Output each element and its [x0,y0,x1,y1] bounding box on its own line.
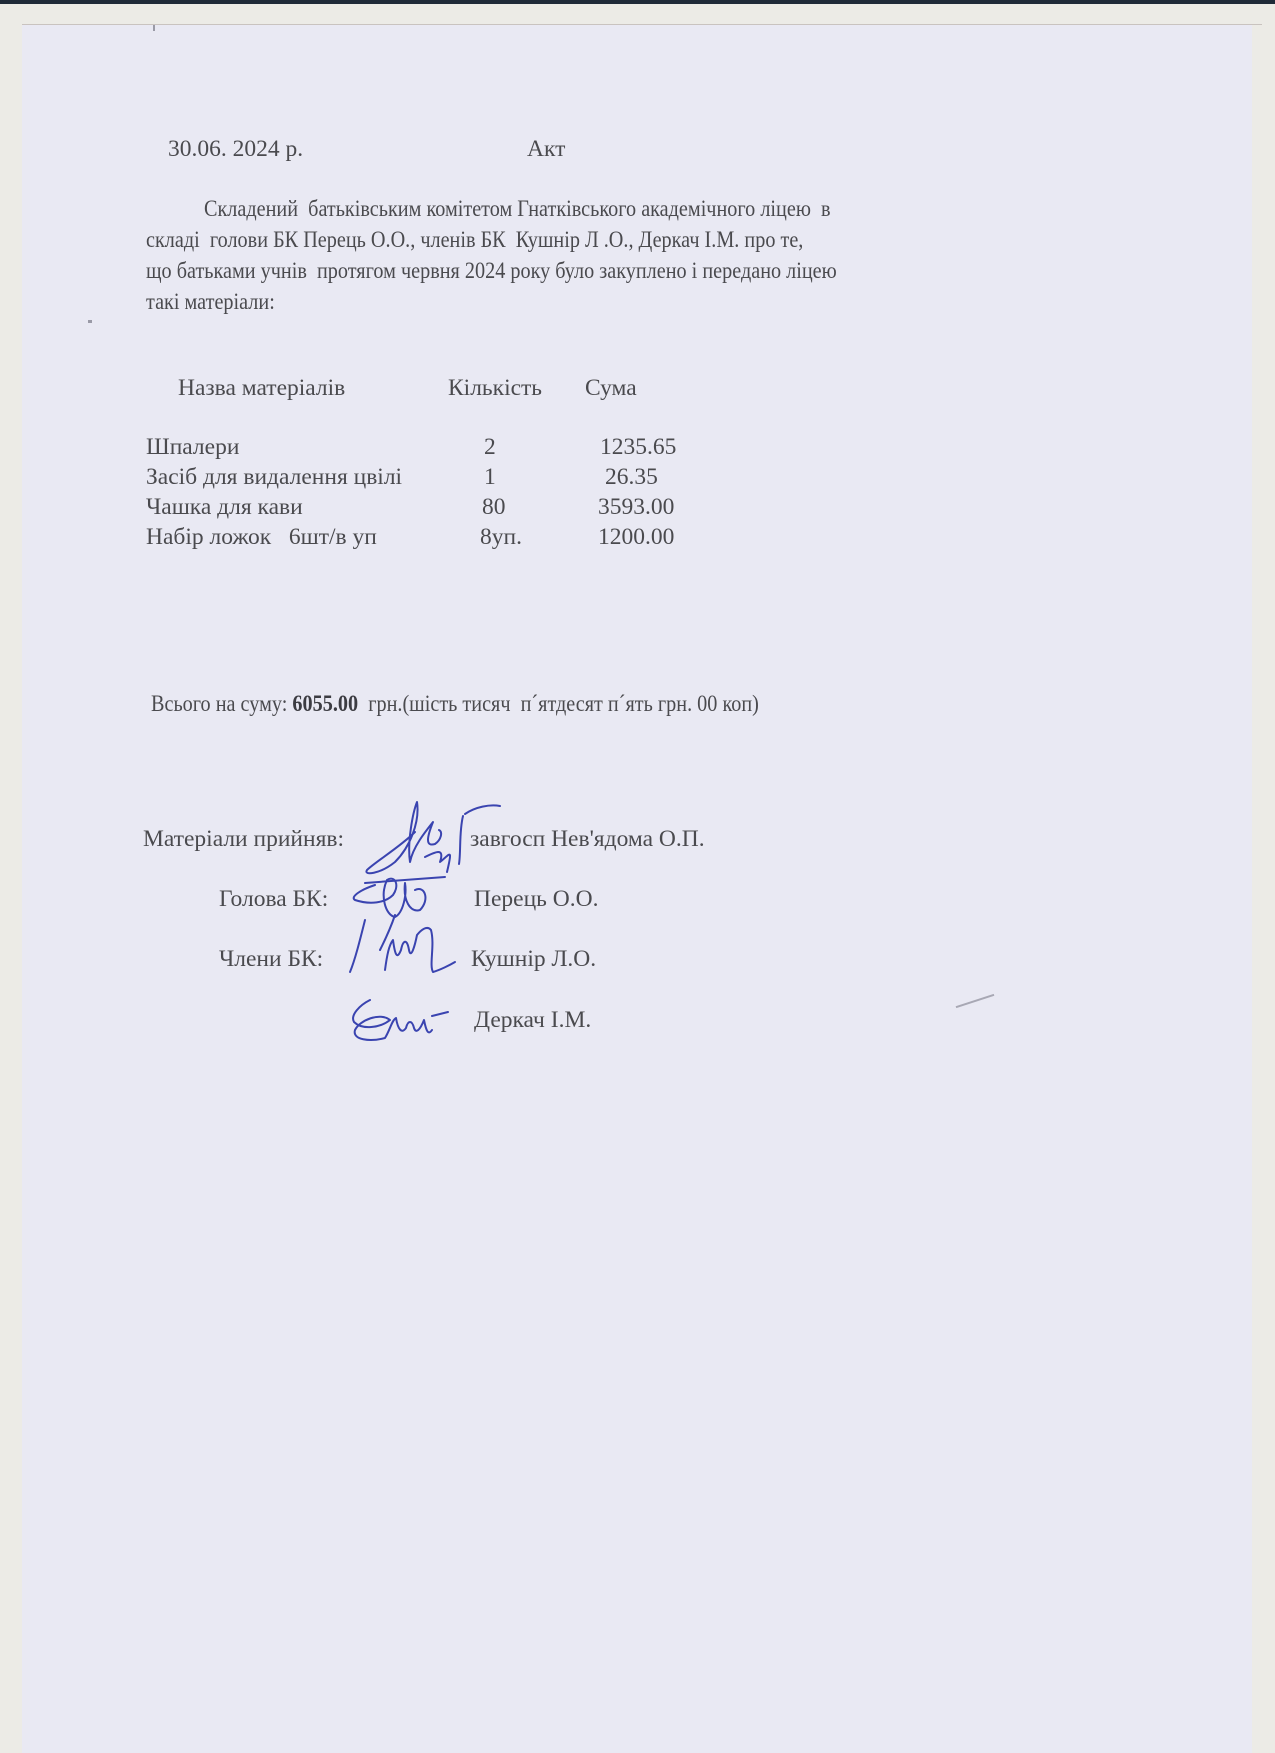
row-sum: 26.35 [605,464,658,491]
row-name: Засіб для видалення цвілі [146,464,402,491]
signature-name-member-2: Деркач І.М. [474,1007,591,1034]
scan-mark [88,320,92,323]
total-label: Всього на суму: [151,691,287,717]
row-name: Шпалери [146,434,239,461]
signature-icon-member-2 [340,990,460,1050]
row-qty: 8уп. [480,524,522,551]
intro-line-3: що батьками учнів протягом червня 2024 р… [146,258,837,285]
page-margin [1252,25,1262,1753]
scanner-edge [0,0,1275,4]
row-sum: 3593.00 [598,494,674,521]
signature-role-head: Голова БК: [219,886,328,913]
total-amount: 6055.00 [292,691,358,717]
table-header-qty: Кількість [448,375,542,402]
document-date: 30.06. 2024 р. [168,136,303,163]
intro-line-1: Складений батьківським комітетом Гнатків… [204,196,831,223]
row-qty: 80 [482,494,506,521]
table-header-name: Назва матеріалів [178,375,345,402]
signature-role-members: Члени БК: [219,946,323,973]
intro-line-2: складі голови БК Перець О.О., членів БК … [146,227,803,254]
table-header-sum: Сума [585,375,637,402]
signature-role-accepted: Матеріали прийняв: [143,826,344,853]
row-qty: 1 [484,464,496,491]
signature-name-member-1: Кушнір Л.О. [471,946,596,973]
signature-icon-member-1 [345,910,475,990]
scan-mark [153,25,155,31]
intro-line-4: такі матеріали: [146,289,275,316]
row-name: Чашка для кави [146,494,303,521]
row-sum: 1235.65 [600,434,676,461]
total-words: грн.(шість тисяч п´ятдесят п´ять грн. 00… [368,691,759,717]
row-qty: 2 [484,434,496,461]
row-sum: 1200.00 [598,524,674,551]
row-name: Набір ложок 6шт/в уп [146,524,377,551]
total-line: Всього на суму: 6055.00 грн.(шість тисяч… [151,691,759,718]
document-title: Акт [527,136,565,163]
